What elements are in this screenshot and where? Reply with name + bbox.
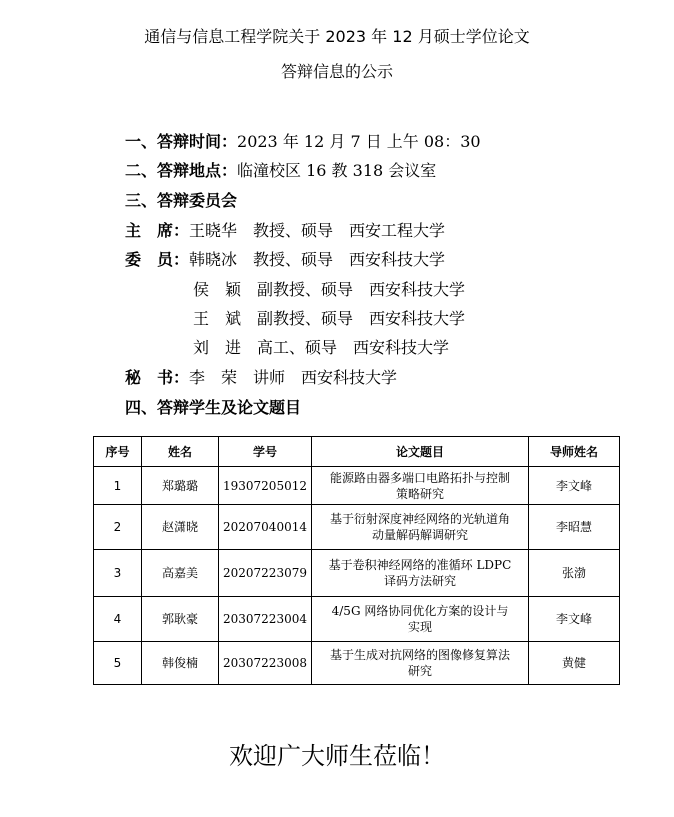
defense-time-label: 一、答辩时间：	[125, 132, 237, 151]
cell-name: 高嘉美	[142, 550, 219, 597]
defense-time: 一、答辩时间：2023 年 12 月 7 日 上午 08：30	[125, 131, 481, 154]
committee-member: 刘 进高工、硕导西安科技大学	[193, 337, 449, 360]
cell-advisor: 李文峰	[528, 467, 619, 505]
table-row: 3 高嘉美 20207223079 基于卷积神经网络的准循环 LDPC译码方法研…	[94, 550, 620, 597]
secretary-org: 西安科技大学	[301, 368, 397, 387]
committee-secretary: 秘 书：李 荣讲师西安科技大学	[125, 367, 397, 390]
member-name: 侯 颖	[193, 280, 241, 299]
students-heading: 四、答辩学生及论文题目	[125, 397, 301, 419]
member-org: 西安科技大学	[349, 250, 445, 269]
member-title: 教授、硕导	[253, 250, 333, 269]
table-row: 2 赵潇晓 20207040014 基于衍射深度神经网络的光轨道角动量解码解调研…	[94, 505, 620, 550]
chair-label: 主 席：	[125, 221, 189, 240]
cell-student-id: 20207223079	[219, 550, 312, 597]
table-header-row: 序号 姓名 学号 论文题目 导师姓名	[94, 437, 620, 467]
defense-place: 二、答辩地点：临潼校区 16 教 318 会议室	[125, 160, 436, 183]
secretary-name: 李 荣	[189, 368, 237, 387]
member-title: 副教授、硕导	[257, 280, 353, 299]
committee-member: 委 员：韩晓冰教授、硕导西安科技大学	[125, 249, 445, 272]
header-thesis-title: 论文题目	[311, 437, 528, 467]
chair-name: 王晓华	[189, 221, 237, 240]
member-org: 西安科技大学	[353, 338, 449, 357]
chair-title: 教授、硕导	[253, 221, 333, 240]
cell-thesis-title: 基于生成对抗网络的图像修复算法研究	[311, 642, 528, 685]
header-student-id: 学号	[219, 437, 312, 467]
committee-chair: 主 席：王晓华教授、硕导西安工程大学	[125, 220, 445, 243]
cell-student-id: 20207040014	[219, 505, 312, 550]
chair-org: 西安工程大学	[349, 221, 445, 240]
cell-no: 2	[94, 505, 142, 550]
students-table: 序号 姓名 学号 论文题目 导师姓名 1 郑璐璐 19307205012 能源路…	[93, 436, 620, 685]
cell-advisor: 李文峰	[528, 597, 619, 642]
defense-place-label: 二、答辩地点：	[125, 161, 237, 180]
cell-advisor: 李昭慧	[528, 505, 619, 550]
cell-thesis-title: 基于衍射深度神经网络的光轨道角动量解码解调研究	[311, 505, 528, 550]
member-title: 副教授、硕导	[257, 309, 353, 328]
defense-place-value: 临潼校区 16 教 318 会议室	[237, 161, 436, 180]
member-name: 韩晓冰	[189, 250, 237, 269]
header-no: 序号	[94, 437, 142, 467]
table-row: 1 郑璐璐 19307205012 能源路由器多端口电路拓扑与控制策略研究 李文…	[94, 467, 620, 505]
header-advisor: 导师姓名	[528, 437, 619, 467]
member-name: 王 斌	[193, 309, 241, 328]
table-row: 4 郭耿豪 20307223004 4/5G 网络协同优化方案的设计与实现 李文…	[94, 597, 620, 642]
header-name: 姓名	[142, 437, 219, 467]
secretary-title: 讲师	[253, 368, 285, 387]
cell-student-id: 19307205012	[219, 467, 312, 505]
cell-no: 5	[94, 642, 142, 685]
committee-member: 王 斌副教授、硕导西安科技大学	[193, 308, 465, 331]
defense-time-value: 2023 年 12 月 7 日 上午 08：30	[237, 132, 481, 151]
member-name: 刘 进	[193, 338, 241, 357]
cell-no: 1	[94, 467, 142, 505]
notice-title-line1: 通信与信息工程学院关于 2023 年 12 月硕士学位论文	[0, 26, 674, 48]
cell-student-id: 20307223004	[219, 597, 312, 642]
notice-title-line2: 答辩信息的公示	[0, 61, 674, 83]
welcome-message: 欢迎广大师生莅临！	[0, 740, 674, 772]
member-org: 西安科技大学	[369, 309, 465, 328]
cell-name: 郑璐璐	[142, 467, 219, 505]
member-org: 西安科技大学	[369, 280, 465, 299]
cell-thesis-title: 基于卷积神经网络的准循环 LDPC译码方法研究	[311, 550, 528, 597]
members-label: 委 员：	[125, 250, 189, 269]
cell-thesis-title: 能源路由器多端口电路拓扑与控制策略研究	[311, 467, 528, 505]
member-title: 高工、硕导	[257, 338, 337, 357]
secretary-label: 秘 书：	[125, 368, 189, 387]
committee-member: 侯 颖副教授、硕导西安科技大学	[193, 279, 465, 302]
cell-name: 郭耿豪	[142, 597, 219, 642]
committee-heading: 三、答辩委员会	[125, 190, 237, 212]
cell-name: 赵潇晓	[142, 505, 219, 550]
cell-no: 3	[94, 550, 142, 597]
cell-student-id: 20307223008	[219, 642, 312, 685]
cell-name: 韩俊楠	[142, 642, 219, 685]
cell-advisor: 黄健	[528, 642, 619, 685]
cell-thesis-title: 4/5G 网络协同优化方案的设计与实现	[311, 597, 528, 642]
table-row: 5 韩俊楠 20307223008 基于生成对抗网络的图像修复算法研究 黄健	[94, 642, 620, 685]
cell-advisor: 张渤	[528, 550, 619, 597]
cell-no: 4	[94, 597, 142, 642]
